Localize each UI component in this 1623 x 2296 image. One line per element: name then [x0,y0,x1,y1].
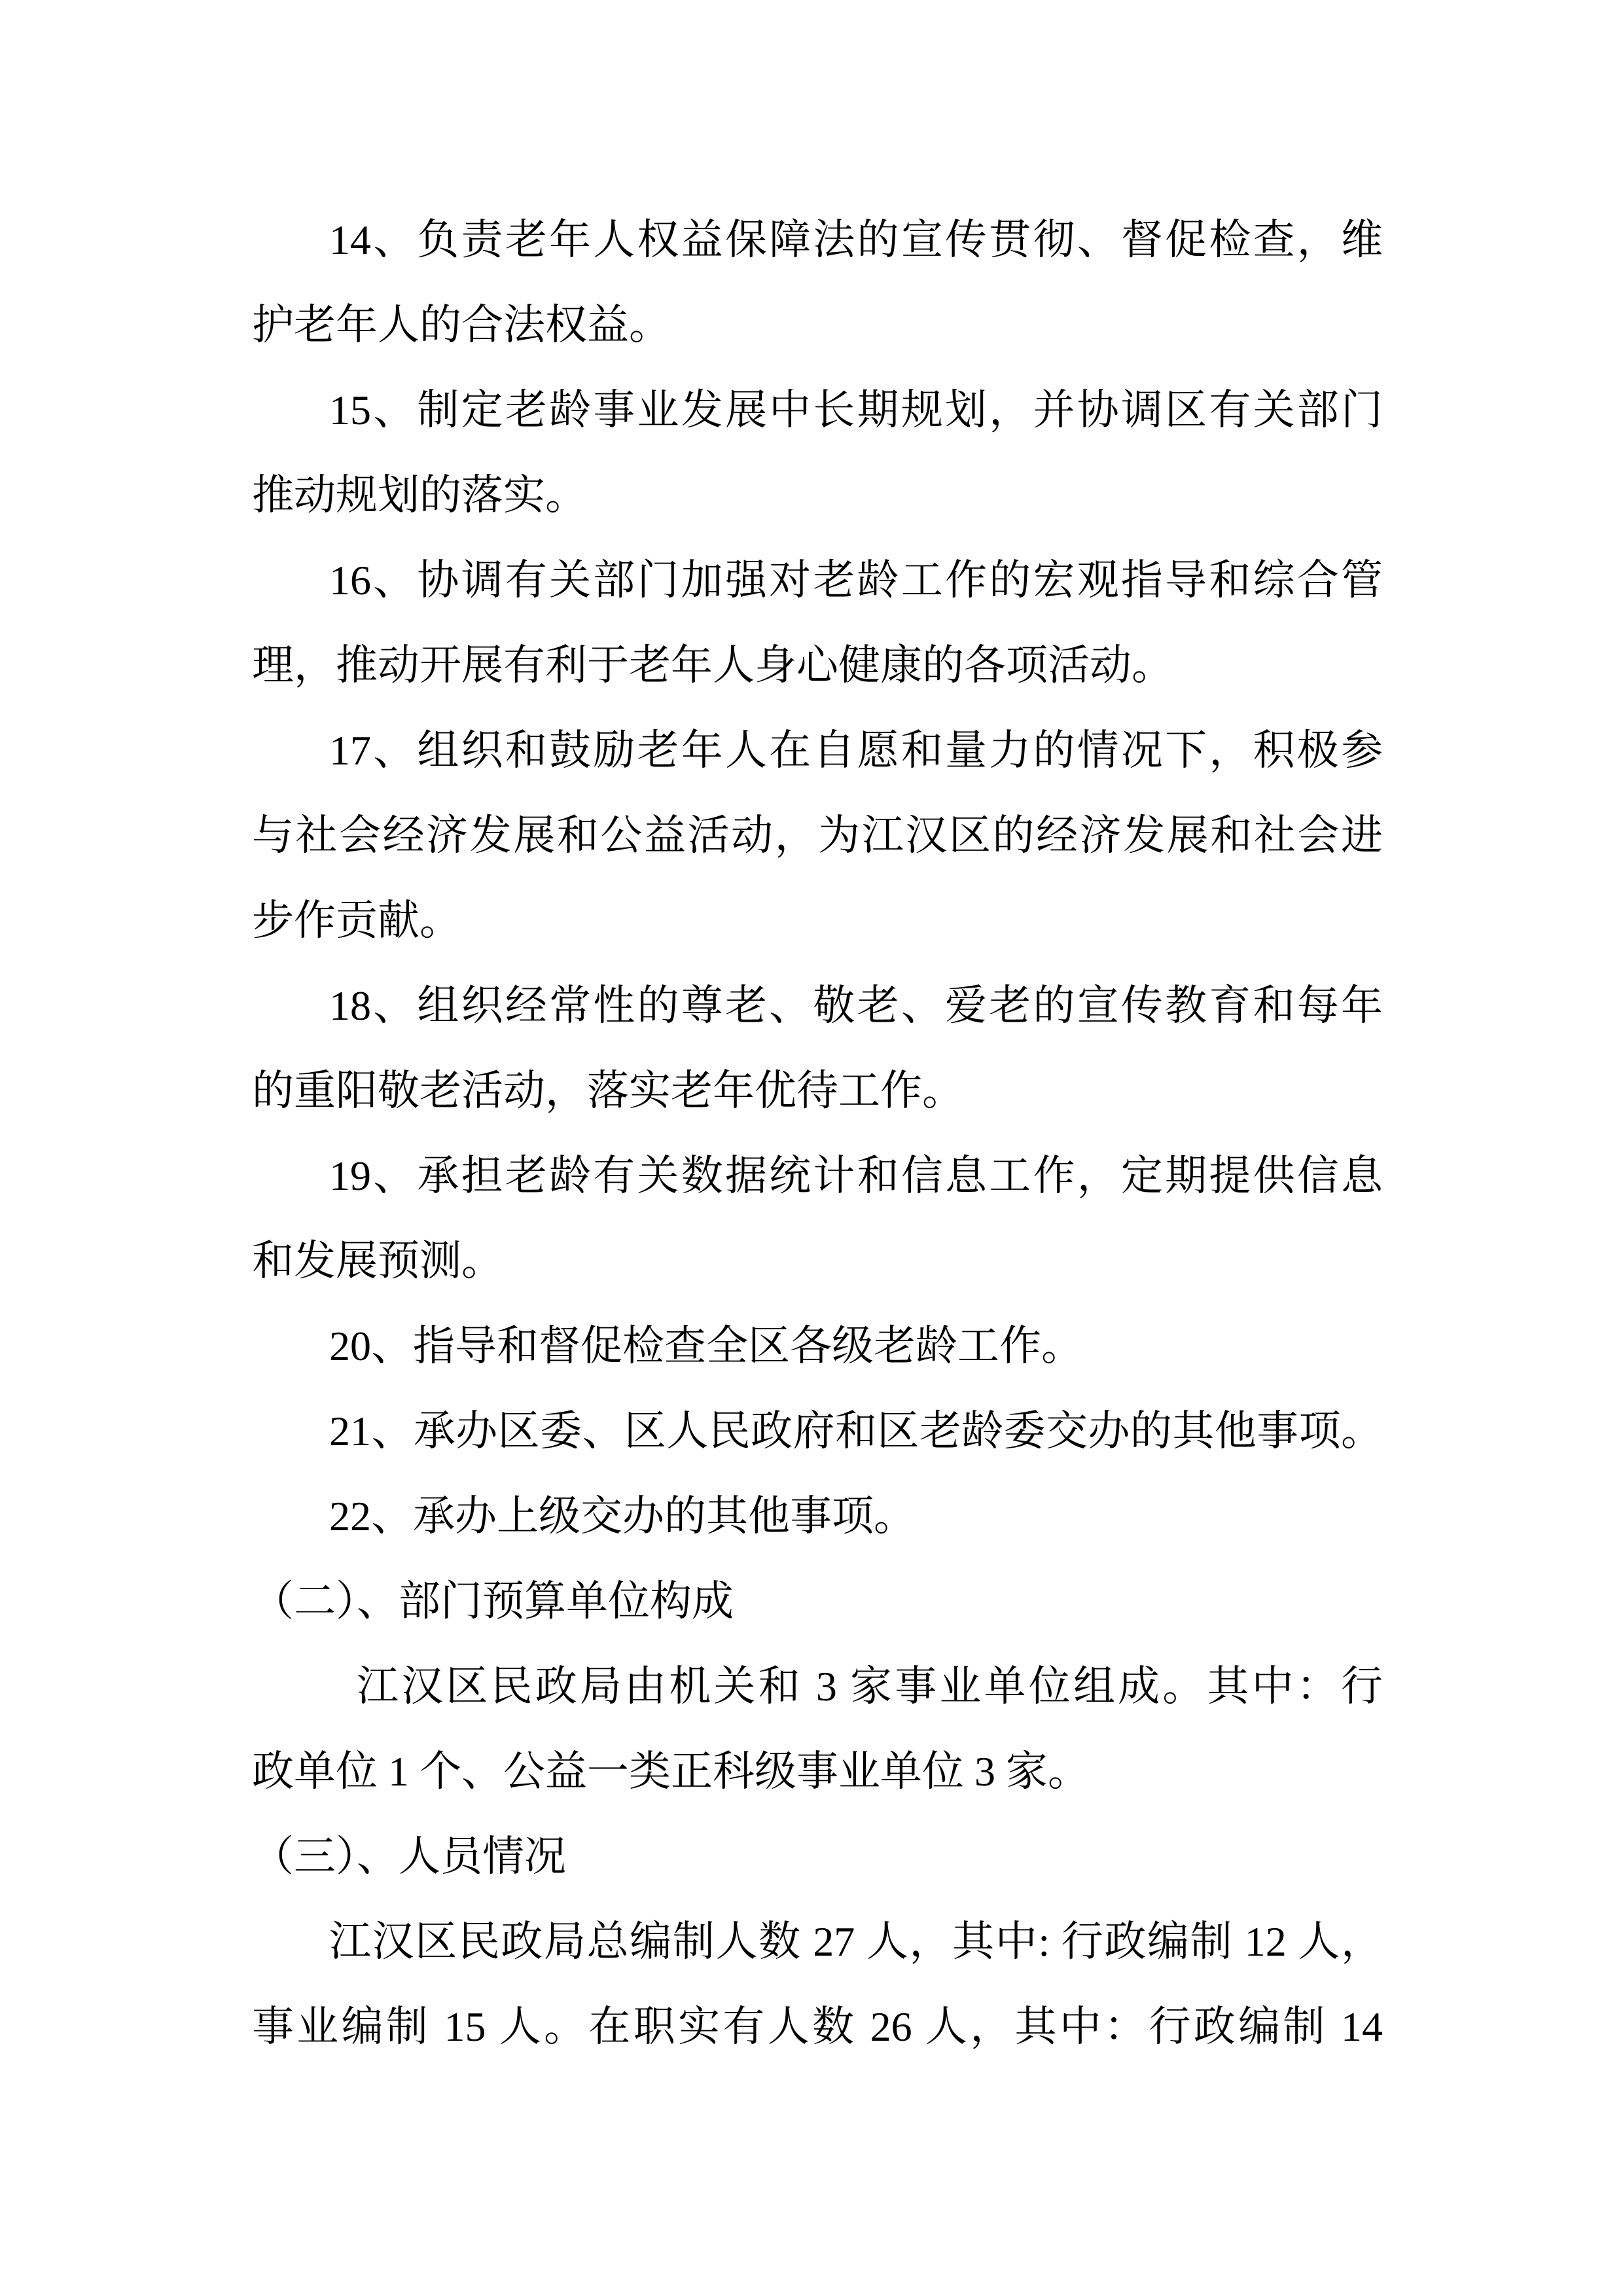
text-line: 21、承办区委、区人民政府和区老龄委交办的其他事项。 [252,1389,1383,1474]
text-line: 政单位 1 个、公益一类正科级事业单位 3 家。 [252,1729,1383,1814]
text-line: 江汉区民政局总编制人数 27 人，其中: 行政编制 12 人， [252,1899,1383,1984]
text-line: 推动规划的落实。 [252,453,1383,538]
text-line: （二）、部门预算单位构成 [252,1559,1383,1644]
text-line: 步作贡献。 [252,878,1383,963]
text-line: （三）、人员情况 [252,1814,1383,1899]
text-line: 护老年人的合法权益。 [252,283,1383,368]
text-line: 14、负责老年人权益保障法的宣传贯彻、督促检查，维 [252,198,1383,283]
text-line: 16、协调有关部门加强对老龄工作的宏观指导和综合管 [252,538,1383,623]
text-line: 20、指导和督促检查全区各级老龄工作。 [252,1304,1383,1389]
text-line: 17、组织和鼓励老年人在自愿和量力的情况下，积极参 [252,708,1383,793]
text-line: 江汉区民政局由机关和 3 家事业单位组成。其中：行 [252,1644,1383,1729]
text-line: 15、制定老龄事业发展中长期规划，并协调区有关部门 [252,368,1383,453]
text-line: 19、承担老龄有关数据统计和信息工作，定期提供信息 [252,1134,1383,1219]
text-line: 和发展预测。 [252,1219,1383,1304]
text-line: 22、承办上级交办的其他事项。 [252,1474,1383,1559]
text-line: 事业编制 15 人。在职实有人数 26 人，其中：行政编制 14 [252,1984,1383,2070]
text-line: 理，推动开展有利于老年人身心健康的各项活动。 [252,623,1383,708]
text-line: 与社会经济发展和公益活动，为江汉区的经济发展和社会进 [252,793,1383,878]
document-content: 14、负责老年人权益保障法的宣传贯彻、督促检查，维护老年人的合法权益。15、制定… [252,198,1383,2070]
text-line: 18、组织经常性的尊老、敬老、爱老的宣传教育和每年 [252,963,1383,1049]
document-page: 14、负责老年人权益保障法的宣传贯彻、督促检查，维护老年人的合法权益。15、制定… [0,0,1623,2296]
text-line: 的重阳敬老活动，落实老年优待工作。 [252,1049,1383,1134]
